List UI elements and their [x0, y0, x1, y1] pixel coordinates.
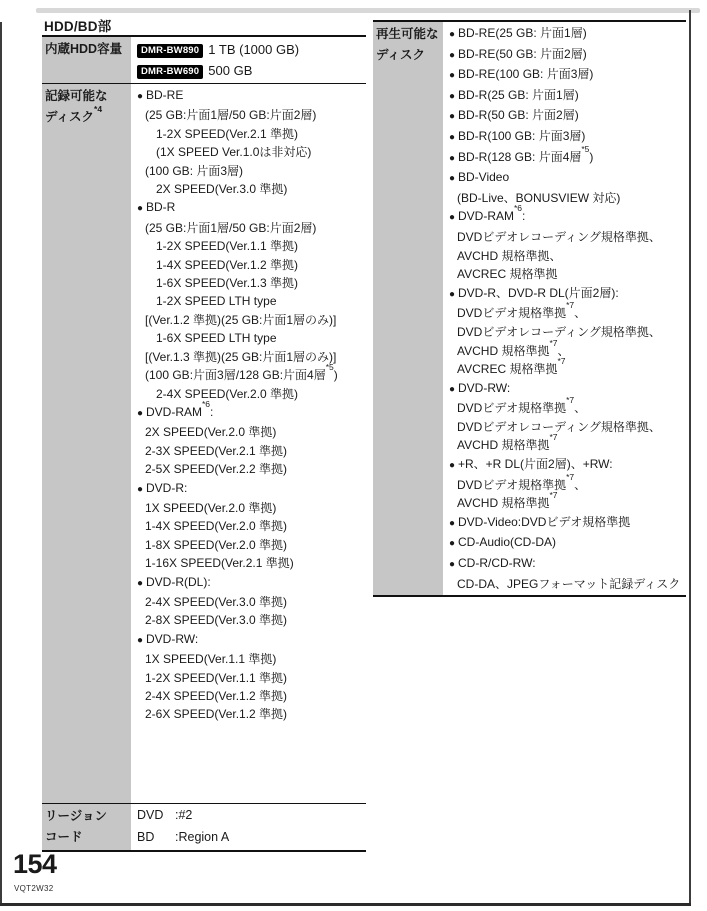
spec-item-line: ●BD-R(50 GB: 片面2層): [449, 106, 686, 127]
region-entry-dvd: DVD:#2: [137, 805, 366, 827]
spec-detail-line: DVDビデオ規格準拠*7、: [449, 399, 686, 418]
region-value: :#2: [175, 808, 192, 822]
spec-detail-line: (100 GB: 片面3層): [137, 162, 366, 180]
spec-detail-line: 1-2X SPEED(Ver.2.1 準拠): [137, 125, 366, 143]
bullet-icon: ●: [137, 405, 146, 423]
spec-item-line: ●BD-R(100 GB: 片面3層): [449, 127, 686, 148]
model-badge-bw690: DMR-BW690: [137, 65, 203, 79]
bullet-icon: ●: [449, 556, 458, 575]
spec-detail-line: CD-DA、JPEGフォーマット記録ディスク: [449, 575, 686, 594]
spec-detail-line: 2X SPEED(Ver.2.0 準拠): [137, 423, 366, 441]
bullet-icon: ●: [137, 632, 146, 650]
spec-detail-line: 1-16X SPEED(Ver.2.1 準拠): [137, 554, 366, 572]
spec-detail-line: 1-4X SPEED(Ver.1.2 準拠): [137, 256, 366, 274]
spec-item-line: ●DVD-Video:DVDビデオ規格準拠: [449, 513, 686, 534]
spec-table-hdd-bd: 内蔵HDD容量 DMR-BW8901 TB (1000 GB) DMR-BW69…: [42, 35, 366, 852]
spec-detail-line: DVDビデオレコーディング規格準拠、: [449, 418, 686, 437]
section-title: HDD/BD部: [44, 15, 111, 35]
footnote-marker: *5: [326, 362, 334, 372]
bullet-icon: ●: [449, 129, 458, 148]
bullet-icon: ●: [449, 170, 458, 189]
spec-item-line: ●DVD-R(DL):: [137, 573, 366, 593]
spec-detail-line: 2-6X SPEED(Ver.1.2 準拠): [137, 705, 366, 723]
footnote-marker: *7: [566, 300, 574, 310]
row-label-recordable-discs: 記録可能な ディスク*4: [42, 84, 131, 803]
spec-detail-line: (25 GB:片面1層/50 GB:片面2層): [137, 219, 366, 237]
spec-item-line: ●DVD-RW:: [137, 630, 366, 650]
manual-spec-page: HDD/BD部 内蔵HDD容量 DMR-BW8901 TB (1000 GB) …: [0, 0, 707, 911]
spec-detail-line: 1-4X SPEED(Ver.2.0 準拠): [137, 517, 366, 535]
spec-detail-line: 1-2X SPEED(Ver.1.1 準拠): [137, 669, 366, 687]
bullet-icon: ●: [449, 47, 458, 66]
bullet-icon: ●: [449, 150, 458, 169]
hdd-capacity-entry: DMR-BW690500 GB: [137, 60, 366, 81]
spec-item-line: ●BD-Video: [449, 168, 686, 189]
spec-detail-line: 2-8X SPEED(Ver.3.0 準拠): [137, 611, 366, 629]
footnote-marker: *6: [202, 399, 210, 409]
spec-item-line: ●CD-Audio(CD-DA): [449, 533, 686, 554]
spec-detail-line: 2-3X SPEED(Ver.2.1 準拠): [137, 442, 366, 460]
spec-detail-line: AVCHD 規格準拠*7: [449, 436, 686, 455]
footnote-marker: *7: [549, 432, 557, 442]
page-border-bottom: [0, 903, 691, 906]
row-label-playable-discs: 再生可能な ディスク: [373, 22, 443, 595]
spec-detail-line: DVDビデオレコーディング規格準拠、: [449, 228, 686, 247]
region-entry-bd: BD:Region A: [137, 827, 366, 849]
spec-item-line: ●DVD-R:: [137, 479, 366, 499]
spec-item-line: ●BD-R(128 GB: 片面4層*5): [449, 148, 686, 169]
page-number: 154: [13, 849, 57, 880]
footnote-marker: *7: [549, 490, 557, 500]
region-key: DVD: [137, 805, 175, 827]
doc-code: VQT2W32: [14, 884, 53, 893]
spec-detail-line: 1-6X SPEED(Ver.1.3 準拠): [137, 274, 366, 292]
hdd-capacity-value: 500 GB: [208, 63, 252, 78]
spec-row-recordable-discs: 記録可能な ディスク*4 ●BD-RE(25 GB:片面1層/50 GB:片面2…: [42, 83, 366, 803]
footnote-marker: *7: [557, 356, 565, 366]
spec-detail-line: 1X SPEED(Ver.1.1 準拠): [137, 650, 366, 668]
page-border-left: [0, 22, 2, 906]
footnote-marker: *5: [581, 144, 589, 154]
bullet-icon: ●: [449, 26, 458, 45]
page-border-right: [689, 10, 691, 906]
spec-detail-line: 1-8X SPEED(Ver.2.0 準拠): [137, 536, 366, 554]
spec-row-region-code: リージョン コード DVD:#2 BD:Region A: [42, 803, 366, 850]
spec-detail-line: DVDビデオ規格準拠*7、: [449, 304, 686, 323]
row-label-region-code: リージョン コード: [42, 804, 131, 850]
bullet-icon: ●: [449, 286, 458, 305]
spec-detail-line: AVCREC 規格準拠*7: [449, 360, 686, 379]
spec-item-line: ●CD-R/CD-RW:: [449, 554, 686, 575]
bullet-icon: ●: [137, 575, 146, 593]
playable-discs-list: ●BD-RE(25 GB: 片面1層)●BD-RE(50 GB: 片面2層)●B…: [443, 22, 686, 595]
bullet-icon: ●: [137, 481, 146, 499]
bullet-icon: ●: [449, 108, 458, 127]
bullet-icon: ●: [137, 88, 146, 106]
hdd-capacity-value: 1 TB (1000 GB): [208, 42, 299, 57]
spec-detail-line: (BD-Live、BONUSVIEW 対応): [449, 189, 686, 208]
footnote-marker: *4: [94, 104, 102, 114]
bullet-icon: ●: [449, 67, 458, 86]
footnote-marker: *6: [514, 203, 522, 213]
spec-detail-line: 1-6X SPEED LTH type: [137, 329, 366, 347]
spec-row-playable-discs: 再生可能な ディスク ●BD-RE(25 GB: 片面1層)●BD-RE(50 …: [373, 22, 686, 595]
spec-item-line: ●BD-RE: [137, 86, 366, 106]
page-top-divider: [36, 8, 700, 13]
spec-detail-line: 1-2X SPEED(Ver.1.1 準拠): [137, 237, 366, 255]
bullet-icon: ●: [449, 88, 458, 107]
spec-detail-line: 2-5X SPEED(Ver.2.2 準拠): [137, 460, 366, 478]
spec-detail-line: 2-4X SPEED(Ver.1.2 準拠): [137, 687, 366, 705]
hdd-capacity-values: DMR-BW8901 TB (1000 GB) DMR-BW690500 GB: [131, 37, 366, 83]
spec-item-line: ●DVD-RAM*6:: [137, 403, 366, 423]
footnote-marker: *7: [566, 395, 574, 405]
spec-item-line: ●BD-R(25 GB: 片面1層): [449, 86, 686, 107]
spec-detail-line: DVDビデオ規格準拠*7、: [449, 476, 686, 495]
footnote-marker: *7: [566, 472, 574, 482]
hdd-capacity-entry: DMR-BW8901 TB (1000 GB): [137, 39, 366, 60]
bullet-icon: ●: [137, 200, 146, 218]
row-label-text: リージョン コード: [45, 809, 107, 844]
spec-detail-line: 1X SPEED(Ver.2.0 準拠): [137, 499, 366, 517]
spec-detail-line: 2-4X SPEED(Ver.2.0 準拠): [137, 385, 366, 403]
spec-table-playable-discs: 再生可能な ディスク ●BD-RE(25 GB: 片面1層)●BD-RE(50 …: [373, 20, 686, 597]
region-value: :Region A: [175, 830, 229, 844]
row-label-text: 内蔵HDD容量: [45, 42, 122, 56]
spec-item-line: ●BD-RE(100 GB: 片面3層): [449, 65, 686, 86]
spec-item-line: ●BD-R: [137, 198, 366, 218]
spec-row-internal-hdd-capacity: 内蔵HDD容量 DMR-BW8901 TB (1000 GB) DMR-BW69…: [42, 37, 366, 83]
spec-detail-line: (100 GB:片面3層/128 GB:片面4層*5): [137, 366, 366, 384]
recordable-discs-list: ●BD-RE(25 GB:片面1層/50 GB:片面2層)1-2X SPEED(…: [131, 84, 366, 803]
spec-detail-line: AVCREC 規格準拠: [449, 265, 686, 284]
spec-detail-line: 2-4X SPEED(Ver.3.0 準拠): [137, 593, 366, 611]
spec-detail-line: (1X SPEED Ver.1.0は非対応): [137, 143, 366, 161]
bullet-icon: ●: [449, 535, 458, 554]
bullet-icon: ●: [449, 457, 458, 476]
spec-detail-line: 1-2X SPEED LTH type: [137, 292, 366, 310]
region-code-values: DVD:#2 BD:Region A: [131, 804, 366, 850]
spec-item-line: ●BD-RE(25 GB: 片面1層): [449, 24, 686, 45]
bullet-icon: ●: [449, 515, 458, 534]
bullet-icon: ●: [449, 381, 458, 400]
row-label-text: 再生可能な ディスク: [376, 27, 439, 62]
spec-detail-line: [(Ver.1.2 準拠)(25 GB:片面1層のみ)]: [137, 311, 366, 329]
spec-detail-line: AVCHD 規格準拠*7: [449, 494, 686, 513]
spec-item-line: ●DVD-RAM*6:: [449, 207, 686, 228]
spec-item-line: ●BD-RE(50 GB: 片面2層): [449, 45, 686, 66]
bullet-icon: ●: [449, 209, 458, 228]
spec-detail-line: AVCHD 規格準拠、: [449, 247, 686, 266]
spec-detail-line: AVCHD 規格準拠*7、: [449, 342, 686, 361]
row-label-internal-hdd-capacity: 内蔵HDD容量: [42, 37, 131, 83]
spec-detail-line: 2X SPEED(Ver.3.0 準拠): [137, 180, 366, 198]
region-key: BD: [137, 827, 175, 849]
footnote-marker: *7: [549, 338, 557, 348]
model-badge-bw890: DMR-BW890: [137, 44, 203, 58]
spec-detail-line: DVDビデオレコーディング規格準拠、: [449, 323, 686, 342]
spec-detail-line: (25 GB:片面1層/50 GB:片面2層): [137, 106, 366, 124]
